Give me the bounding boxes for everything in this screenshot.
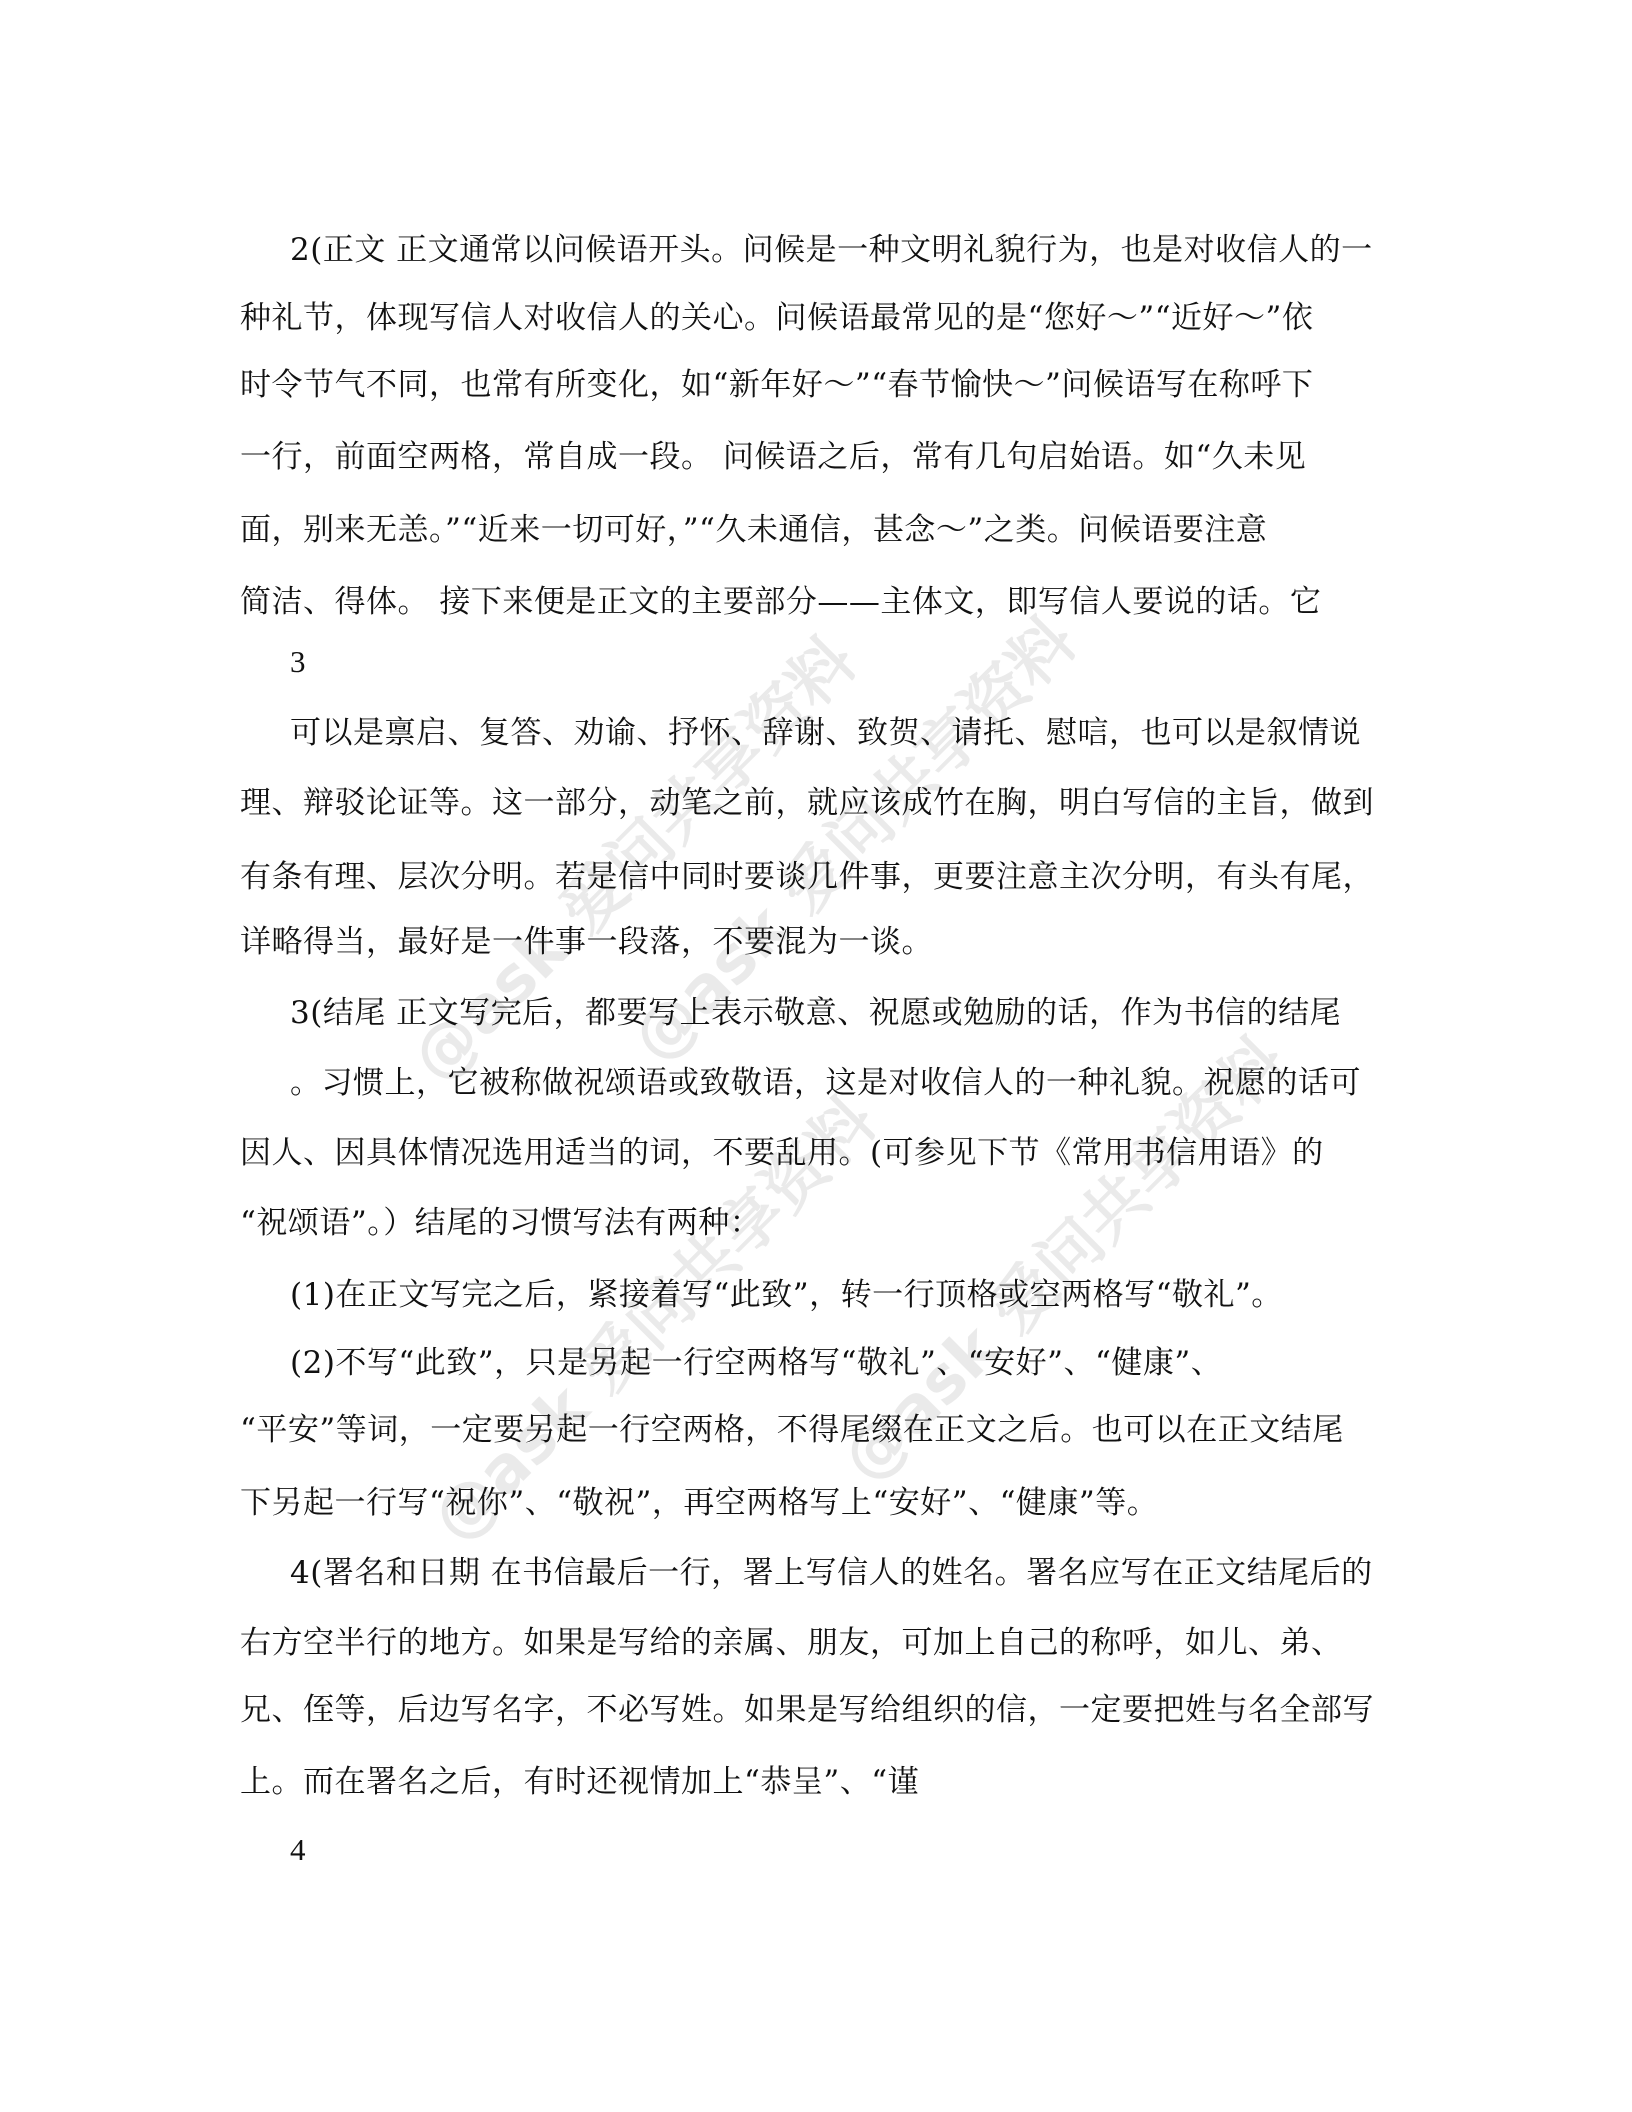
text-line: 兄、侄等，后边写名字，不必写姓。如果是写给组织的信，一定要把姓与名全部写 xyxy=(240,1690,1400,1730)
text-line: (1)在正文写完之后，紧接着写“此致”，转一行顶格或空两格写“敬礼”。 xyxy=(290,1275,1400,1315)
text-line: 时令节气不同，也常有所变化，如“新年好～”“春节愉快～”问候语写在称呼下 xyxy=(240,365,1400,405)
document-page: @ask 爱问共享资料 @ask 爱问共享资料 @ask 爱问共享资料 @ask… xyxy=(0,0,1632,2112)
text-line: 简洁、得体。 接下来便是正文的主要部分——主体文，即写信人要说的话。它 xyxy=(240,582,1400,622)
text-line: 种礼节，体现写信人对收信人的关心。问候语最常见的是“您好～”“近好～”依 xyxy=(240,298,1400,338)
text-line: 面，别来无恙。”“近来一切可好，”“久未通信，甚念～”之类。问候语要注意 xyxy=(240,510,1400,550)
text-line: (2)不写“此致”，只是另起一行空两格写“敬礼”、“安好”、“健康”、 xyxy=(290,1343,1400,1383)
text-line: 。习惯上，它被称做祝颂语或致敬语，这是对收信人的一种礼貌。祝愿的话可 xyxy=(290,1063,1400,1103)
text-line: 右方空半行的地方。如果是写给的亲属、朋友，可加上自己的称呼，如儿、弟、 xyxy=(240,1623,1400,1663)
text-line: 详略得当，最好是一件事一段落，不要混为一谈。 xyxy=(240,922,1400,962)
text-line: 有条有理、层次分明。若是信中同时要谈几件事，更要注意主次分明，有头有尾， xyxy=(240,857,1400,897)
text-line: 3(结尾 正文写完后，都要写上表示敬意、祝愿或勉励的话，作为书信的结尾 xyxy=(290,993,1400,1033)
text-line: 一行，前面空两格，常自成一段。 问候语之后，常有几句启始语。如“久未见 xyxy=(240,437,1400,477)
page-number: 3 xyxy=(290,642,306,682)
text-line: 可以是禀启、复答、劝谕、抒怀、辞谢、致贺、请托、慰唁，也可以是叙情说 xyxy=(290,713,1400,753)
text-line: 因人、因具体情况选用适当的词，不要乱用。(可参见下节《常用书信用语》的 xyxy=(240,1133,1400,1173)
text-line: 4(署名和日期 在书信最后一行，署上写信人的姓名。署名应写在正文结尾后的 xyxy=(290,1553,1400,1593)
text-line: “祝颂语”。）结尾的习惯写法有两种： xyxy=(240,1203,1400,1243)
page-number: 4 xyxy=(290,1830,306,1870)
text-line: 2(正文 正文通常以问候语开头。问候是一种文明礼貌行为，也是对收信人的一 xyxy=(290,230,1400,270)
text-line: 下另起一行写“祝你”、“敬祝”，再空两格写上“安好”、“健康”等。 xyxy=(240,1483,1400,1523)
text-line: 理、辩驳论证等。这一部分，动笔之前，就应该成竹在胸，明白写信的主旨，做到 xyxy=(240,783,1400,823)
text-line: 上。而在署名之后，有时还视情加上“恭呈”、“谨 xyxy=(240,1762,1400,1802)
text-line: “平安”等词，一定要另起一行空两格，不得尾缀在正文之后。也可以在正文结尾 xyxy=(240,1410,1400,1450)
